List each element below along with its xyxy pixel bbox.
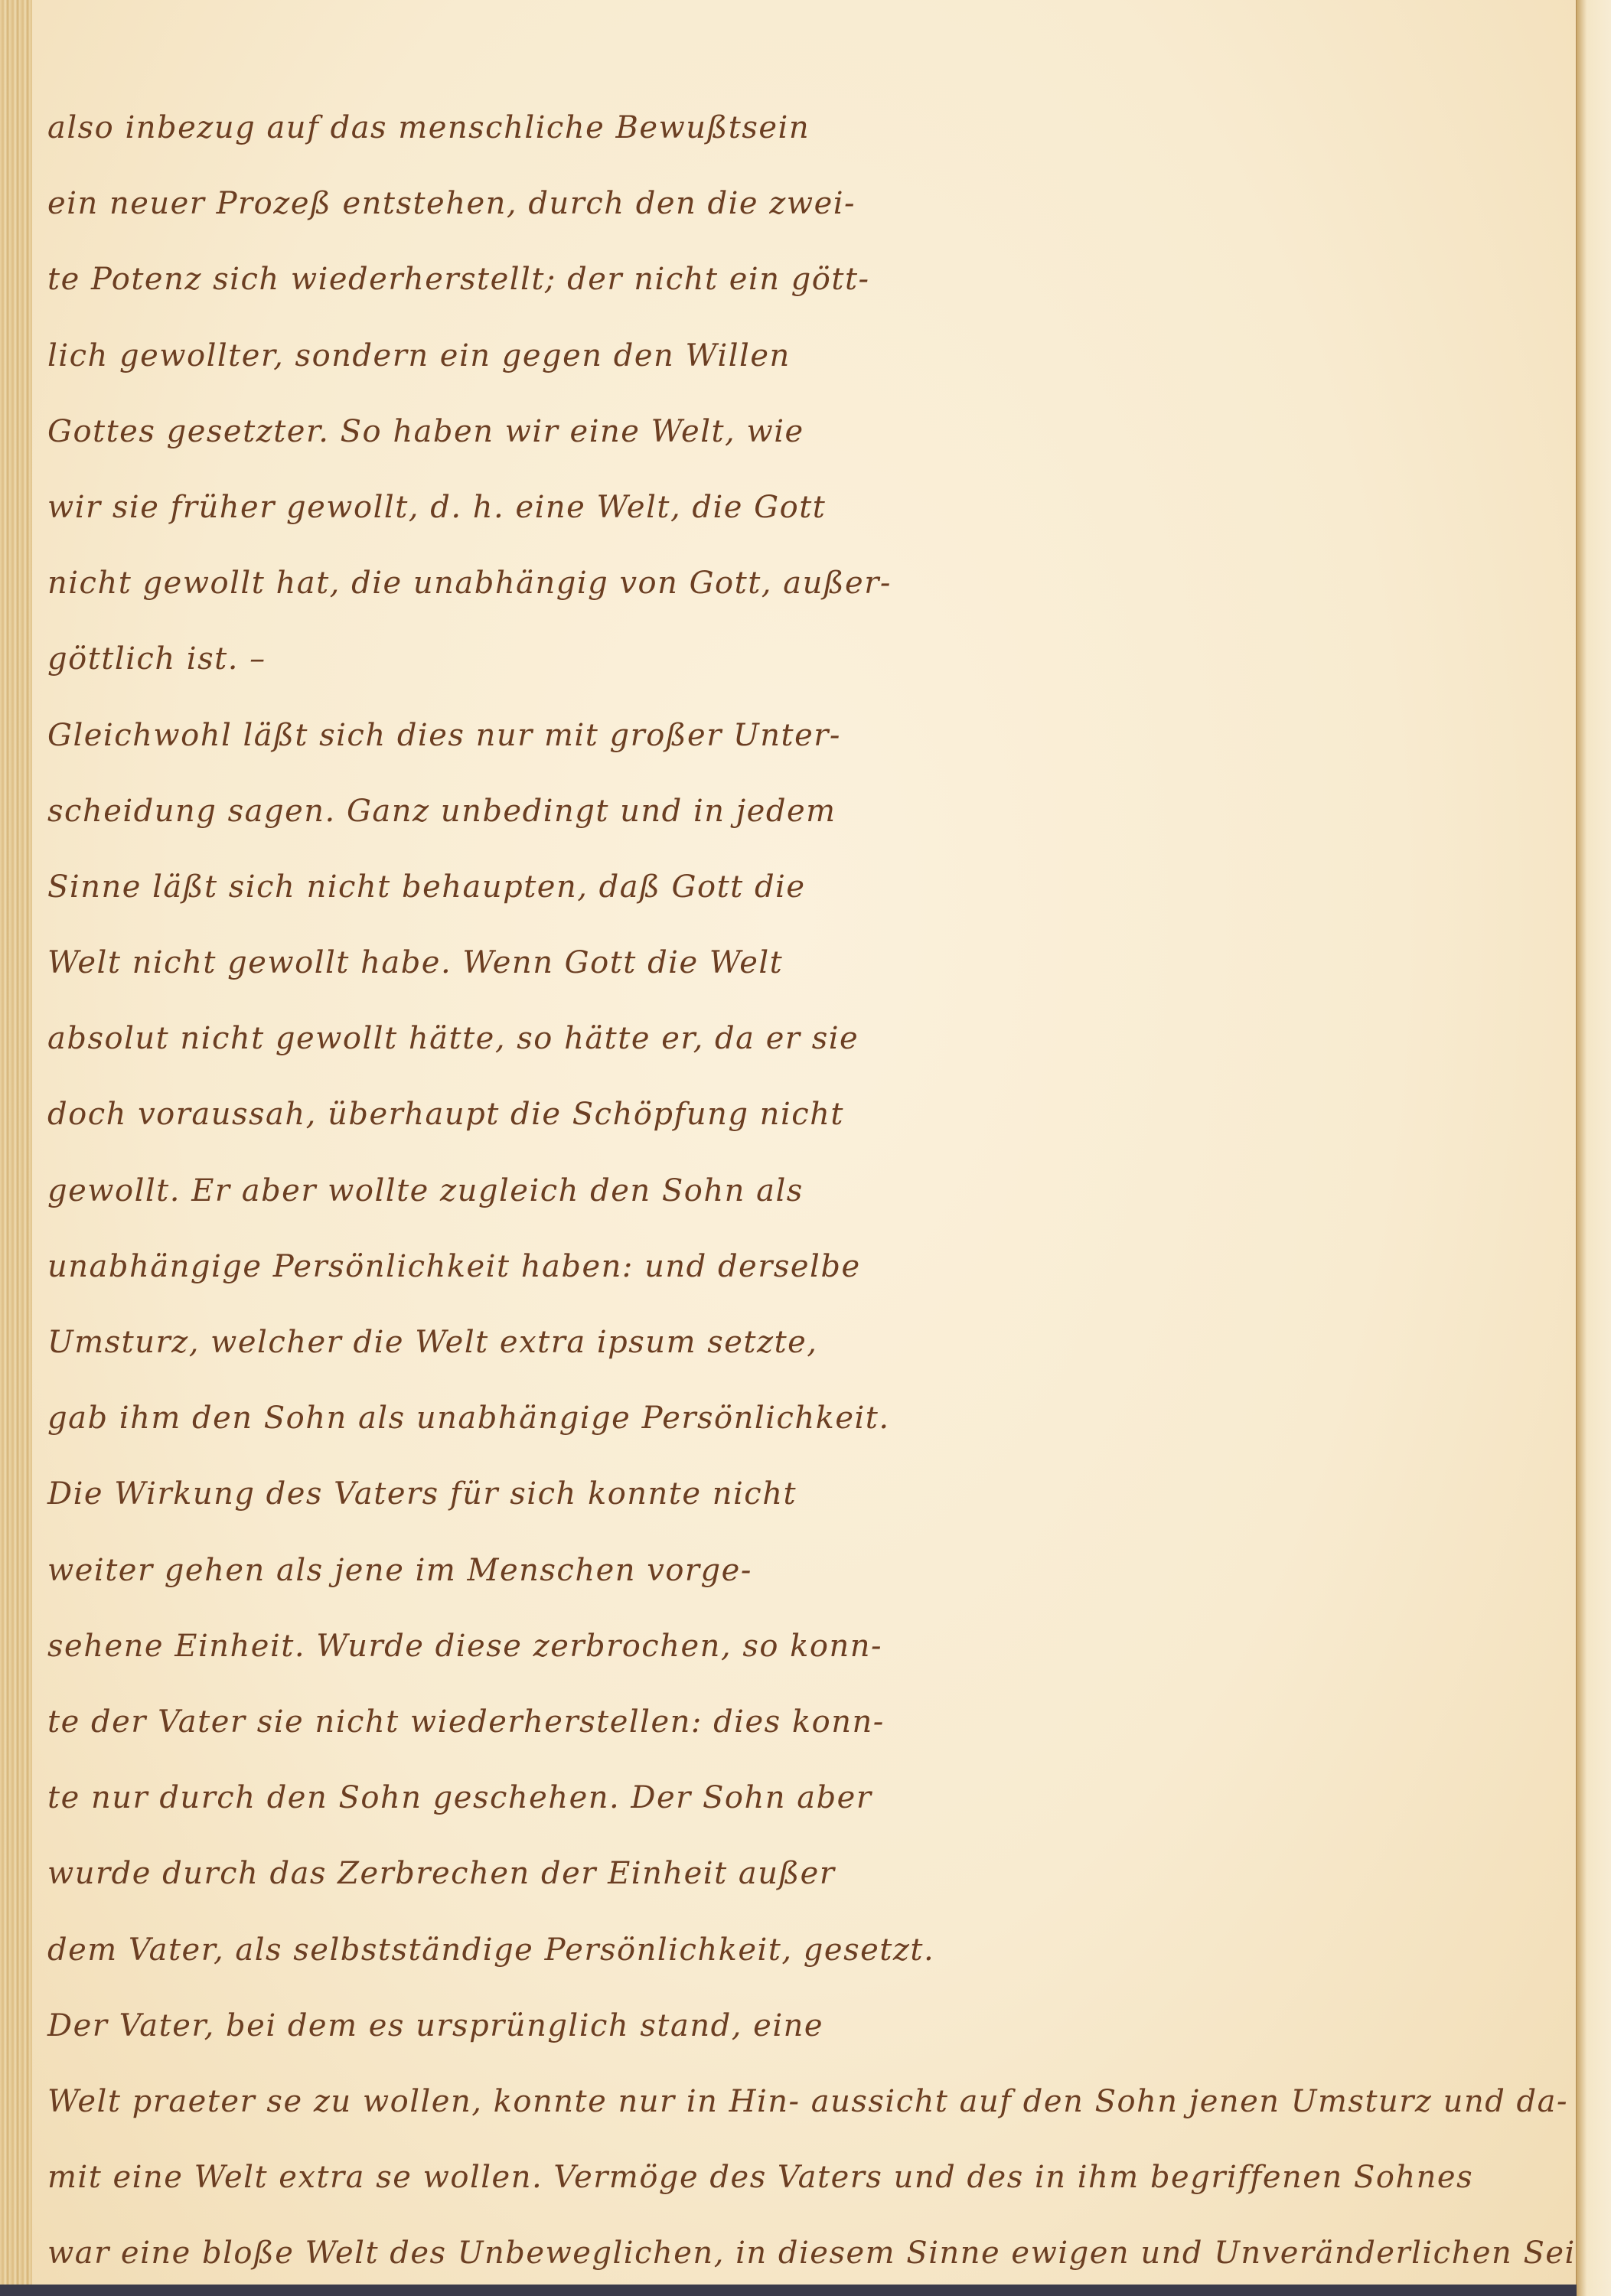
text-line: te nur durch den Sohn geschehen. Der Soh… bbox=[47, 1760, 1502, 1836]
text-line: doch voraussah, überhaupt die Schöpfung … bbox=[47, 1077, 1502, 1153]
manuscript-page: also inbezug auf das menschliche Bewußts… bbox=[0, 0, 1577, 2285]
text-line: wir sie früher gewollt, d. h. eine Welt,… bbox=[47, 470, 1502, 546]
text-line: war eine bloße Welt des Unbeweglichen, i… bbox=[47, 2216, 1502, 2291]
text-line: göttlich ist. – bbox=[47, 621, 1502, 697]
text-line: sehene Einheit. Wurde diese zerbrochen, … bbox=[47, 1609, 1502, 1684]
text-line: weiter gehen als jene im Menschen vorge- bbox=[47, 1533, 1502, 1609]
adjacent-page-edge bbox=[1576, 0, 1611, 2296]
page-gutter-edge bbox=[0, 0, 32, 2285]
text-line: Welt praeter se zu wollen, konnte nur in… bbox=[47, 2064, 1502, 2140]
text-line: lich gewollter, sondern ein gegen den Wi… bbox=[47, 318, 1502, 394]
text-line: scheidung sagen. Ganz unbedingt und in j… bbox=[47, 774, 1502, 850]
text-line: mit eine Welt extra se wollen. Vermöge d… bbox=[47, 2140, 1502, 2216]
text-line: Welt nicht gewollt habe. Wenn Gott die W… bbox=[47, 925, 1502, 1001]
text-line: Umsturz, welcher die Welt extra ipsum se… bbox=[47, 1305, 1502, 1381]
text-line: Der Vater, bei dem es ursprünglich stand… bbox=[47, 1988, 1502, 2064]
text-line: unabhängige Persönlichkeit haben: und de… bbox=[47, 1229, 1502, 1305]
book-bottom-edge bbox=[0, 2285, 1577, 2296]
text-line: Gottes gesetzter. So haben wir eine Welt… bbox=[47, 394, 1502, 470]
text-line: te Potenz sich wiederherstellt; der nich… bbox=[47, 242, 1502, 318]
text-line: nicht gewollt hat, die unabhängig von Go… bbox=[47, 546, 1502, 621]
text-line: ein neuer Prozeß entstehen, durch den di… bbox=[47, 166, 1502, 242]
text-line: wurde durch das Zerbrechen der Einheit a… bbox=[47, 1836, 1502, 1912]
text-line: gewollt. Er aber wollte zugleich den Soh… bbox=[47, 1153, 1502, 1229]
text-line: te der Vater sie nicht wiederherstellen:… bbox=[47, 1684, 1502, 1760]
text-line: dem Vater, als selbstständige Persönlich… bbox=[47, 1913, 1502, 1988]
text-line: Gleichwohl läßt sich dies nur mit großer… bbox=[47, 698, 1502, 774]
text-line: also inbezug auf das menschliche Bewußts… bbox=[47, 90, 1502, 166]
text-line: Sinne läßt sich nicht behaupten, daß Got… bbox=[47, 850, 1502, 925]
text-line: gab ihm den Sohn als unabhängige Persönl… bbox=[47, 1381, 1502, 1456]
text-line: absolut nicht gewollt hätte, so hätte er… bbox=[47, 1001, 1502, 1077]
text-line: Die Wirkung des Vaters für sich konnte n… bbox=[47, 1456, 1502, 1532]
handwritten-text-block: also inbezug auf das menschliche Bewußts… bbox=[47, 90, 1502, 2291]
